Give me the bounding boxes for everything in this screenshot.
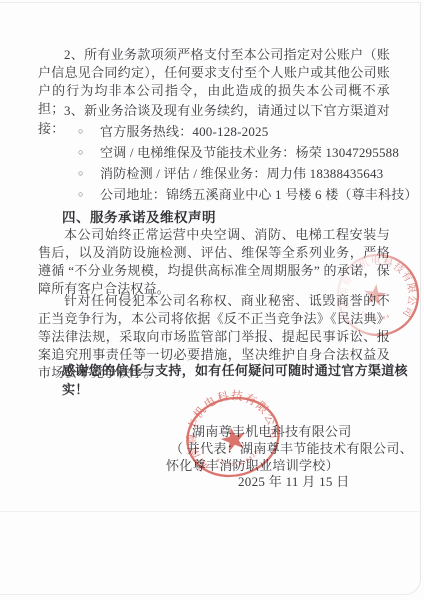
scanned-document-page: 2、所有业务款项须严格支付至本公司指定对公账户（账户信息见合同约定），任何要求支…: [0, 0, 424, 600]
company-seal-stamp-icon: 湖南尊丰机电科技有限公司 4313012508234: [170, 388, 300, 498]
section-heading: 四、服务承诺及维权声明: [62, 206, 216, 226]
list-item: ○ 公司地址：锦绣五溪商业中心 1 号楼 6 楼（尊丰科技）: [78, 183, 390, 204]
circle-bullet-icon: ○: [78, 168, 100, 178]
circle-bullet-icon: ○: [78, 189, 100, 199]
svg-text:10820584: 10820584: [358, 309, 392, 324]
page-crease-line: [0, 511, 421, 512]
seal-arc-text: 湖南尊丰机电科技有限公司: [334, 248, 423, 321]
seal-star-icon: [219, 424, 249, 453]
svg-text:湖南尊丰机电科技有限公司: 湖南尊丰机电科技有限公司: [334, 248, 423, 321]
contact-channel-list: ○ 官方服务热线：400-128-2025 ○ 空调 / 电梯维保及节能技术业务…: [78, 120, 390, 204]
list-item: ○ 官方服务热线：400-128-2025: [78, 120, 390, 141]
seal-serial-number: 10820584: [358, 309, 392, 324]
list-item: ○ 空调 / 电梯维保及节能技术业务：杨荣 13047295588: [78, 141, 390, 162]
company-address-text: 公司地址：锦绣五溪商业中心 1 号楼 6 楼（尊丰科技）: [100, 184, 418, 203]
contact-hotline-text: 官方服务热线：400-128-2025: [100, 121, 268, 140]
contact-hvac-elevator-text: 空调 / 电梯维保及节能技术业务：杨荣 13047295588: [100, 142, 399, 161]
list-item: ○ 消防检测 / 评估 / 维保业务：周力伟 18388435643: [78, 162, 390, 183]
circle-bullet-icon: ○: [78, 147, 100, 157]
circle-bullet-icon: ○: [78, 126, 100, 136]
company-seal-stamp-edge-icon: 湖南尊丰机电科技有限公司 10820584: [323, 240, 424, 350]
seal-star-icon: [363, 282, 388, 306]
contact-fire-inspection-text: 消防检测 / 评估 / 维保业务：周力伟 18388435643: [100, 163, 383, 182]
